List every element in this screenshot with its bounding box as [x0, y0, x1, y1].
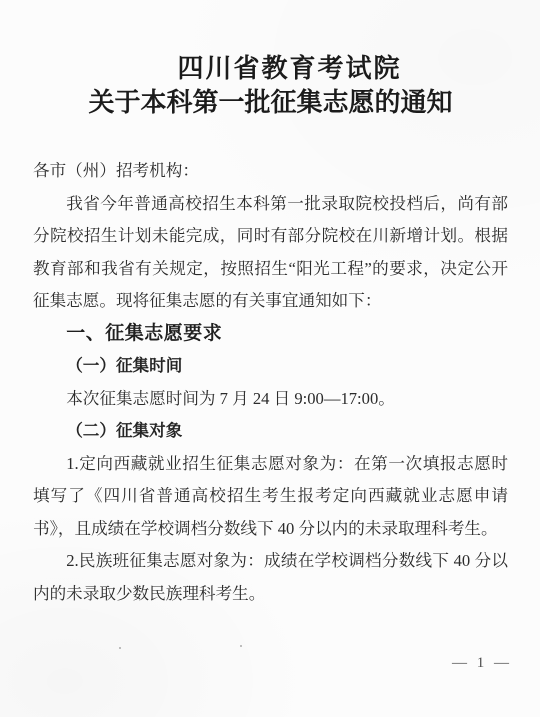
paragraph-target-tibet: 1.定向西藏就业招生征集志愿对象为：在第一次填报志愿时填写了《四川省普通高校招生…	[33, 448, 508, 546]
document-page: 四川省教育考试院 关于本科第一批征集志愿的通知 各市（州）招考机构： 我省今年普…	[0, 0, 540, 717]
page-number: — 1 —	[452, 655, 512, 672]
salutation: 各市（州）招考机构：	[33, 155, 508, 188]
paragraph-target-minority-class: 2.民族班征集志愿对象为：成绩在学校调档分数线下 40 分以内的未录取少数民族理…	[33, 545, 508, 610]
title-line-1: 四川省教育考试院	[33, 52, 508, 86]
subsection-heading-collection-time: （一）征集时间	[33, 350, 508, 383]
scan-speck	[240, 645, 242, 647]
document-body: 各市（州）招考机构： 我省今年普通高校招生本科第一批录取院校投档后，尚有部分院校…	[33, 155, 508, 610]
intro-paragraph: 我省今年普通高校招生本科第一批录取院校投档后，尚有部分院校招生计划未能完成，同时…	[33, 188, 508, 318]
scan-speck	[119, 647, 121, 649]
subsection-heading-collection-targets: （二）征集对象	[33, 415, 508, 448]
title-line-2: 关于本科第一批征集志愿的通知	[33, 86, 508, 120]
section-heading-requirements: 一、征集志愿要求	[33, 318, 508, 351]
paragraph-collection-time: 本次征集志愿时间为 7 月 24 日 9:00—17:00。	[33, 383, 508, 416]
document-title: 四川省教育考试院 关于本科第一批征集志愿的通知	[33, 52, 508, 120]
